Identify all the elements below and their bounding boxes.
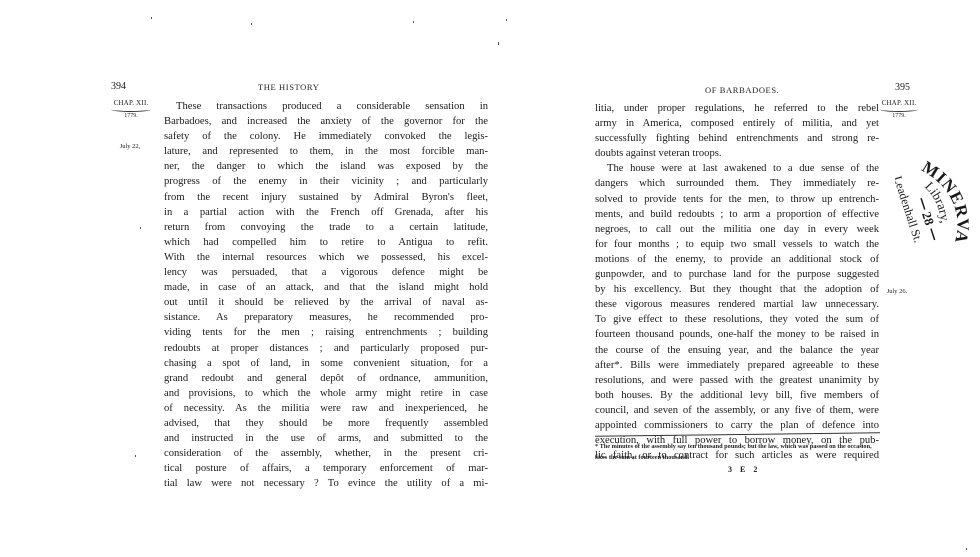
scan-speck <box>140 227 141 229</box>
text-line: successfully fighting behind entrenchmen… <box>595 131 879 146</box>
scan-speck <box>506 19 507 21</box>
right-page: OF BARBADOES. 395 CHAP. XII. 1779. July … <box>595 0 885 557</box>
scan-speck <box>966 548 967 550</box>
page-number: 394 <box>111 81 126 92</box>
text-line: viding tents for the men ; raising entre… <box>164 325 488 340</box>
text-line: both houses. By the additional levy bill… <box>595 388 879 403</box>
running-head: THE HISTORY <box>258 82 319 92</box>
text-line: chasing a spot of land, in some convenie… <box>164 356 488 371</box>
text-line: resolutions, and were passed with the gr… <box>595 373 879 388</box>
scan-speck <box>151 17 152 19</box>
stamp-icon: MINERVA Library, Leadenhall St. 28 <box>895 160 980 290</box>
text-line: lency was persuaded, that a vigorous def… <box>164 265 488 280</box>
text-line: To give effect to these resolutions, the… <box>595 312 879 327</box>
text-line: appointed commissioners to carry the pla… <box>595 418 879 433</box>
body-text: These transactions produced a considerab… <box>164 99 488 491</box>
text-line: safety of the colony. He immediately con… <box>164 129 488 144</box>
scan-speck <box>498 42 499 45</box>
text-line: made, in case of an attack, and that the… <box>164 280 488 295</box>
text-line: by his excellency. But they thought that… <box>595 282 879 297</box>
scan-speck <box>251 23 252 25</box>
text-line: ner, the danger to which the island was … <box>164 159 488 174</box>
text-line: sistance. As preparatory measures, he re… <box>164 310 488 325</box>
text-line: Barbadoes, and increased the anxiety of … <box>164 114 488 129</box>
text-line: in a partial action with the French off … <box>164 205 488 220</box>
text-line: The house were at last awakened to a due… <box>595 161 879 176</box>
chapter-margin-note: CHAP. XII. 1779. <box>877 99 921 119</box>
page-number: 395 <box>895 82 910 93</box>
text-line: advised, that they should be more freque… <box>164 416 488 431</box>
text-line: from the recent injury sustained by Admi… <box>164 190 488 205</box>
library-stamp: MINERVA Library, Leadenhall St. 28 <box>895 160 980 290</box>
signature-mark: 3 E 2 <box>728 465 760 474</box>
text-line: dangers which surrounded them. They imme… <box>595 176 879 191</box>
text-line: solved to provide tents for the men, to … <box>595 192 879 207</box>
chapter-label: CHAP. XII. <box>882 99 917 107</box>
text-line: council, and seven of the assembly, or a… <box>595 403 879 418</box>
running-head: OF BARBADOES. <box>705 85 779 95</box>
text-line: negroes, to call out the militia one day… <box>595 222 879 237</box>
stamp-inner-text: Leadenhall St. <box>895 174 925 244</box>
text-line: the course of the ensuing year, and the … <box>595 343 879 358</box>
text-line: redoubts at proper distances ; and parti… <box>164 341 488 356</box>
text-line: These transactions produced a considerab… <box>164 99 488 114</box>
scan-speck <box>413 21 414 23</box>
brace-icon <box>111 107 151 112</box>
text-line: progress of the enemy in their vicinity … <box>164 174 488 189</box>
chapter-margin-note: CHAP. XII. 1779. <box>108 99 154 119</box>
text-line: tical posture of affairs, a temporary en… <box>164 461 488 476</box>
text-line: which had compelled him to retire to Ant… <box>164 235 488 250</box>
text-line: With the internal resources which we pos… <box>164 250 488 265</box>
brace-icon <box>880 107 918 112</box>
text-line: and instructed in the use of arms, and s… <box>164 431 488 446</box>
text-line: out until it should be relieved by the a… <box>164 295 488 310</box>
text-line: doubts against veteran troops. <box>595 146 879 161</box>
text-line: return from convoying the trade to a cer… <box>164 220 488 235</box>
text-line: motions of the enemy, to provide an addi… <box>595 252 879 267</box>
text-line: consideration of the assembly, whether, … <box>164 446 488 461</box>
text-line: grand redoubt and general depôt of ordna… <box>164 371 488 386</box>
text-line: and provisions, to which the whole army … <box>164 386 488 401</box>
text-line: ments, and build redoubts ; to arm a pro… <box>595 207 879 222</box>
text-line: army in America, composed entirely of mi… <box>595 116 879 131</box>
text-line: tial law were not necessary ? To evince … <box>164 476 488 491</box>
text-line: of necessity. As the militia were raw an… <box>164 401 488 416</box>
chapter-label: CHAP. XII. <box>114 99 149 107</box>
year-label: 1779. <box>877 113 921 119</box>
text-line: litia, under proper regulations, he refe… <box>595 101 879 116</box>
date-margin-note: July 22, <box>110 143 150 150</box>
body-text: litia, under proper regulations, he refe… <box>595 101 879 463</box>
left-page: 394 THE HISTORY CHAP. XII. 1779. July 22… <box>108 0 443 557</box>
text-line: lature, and represented to them, in the … <box>164 144 488 159</box>
text-line: fourteen thousand pounds, one-half the m… <box>595 327 879 342</box>
footnote: * The minutes of the assembly say ten th… <box>595 441 885 463</box>
text-line: after*. Bills were immediately prepared … <box>595 358 879 373</box>
stamp-number: 28 <box>919 210 937 227</box>
text-line: for four months ; to equip two small ves… <box>595 237 879 252</box>
text-line: these vigorous measures rendered martial… <box>595 297 879 312</box>
year-label: 1779. <box>108 113 154 119</box>
text-line: gunpowder, and to purchase land for the … <box>595 267 879 282</box>
scan-speck <box>135 455 136 457</box>
